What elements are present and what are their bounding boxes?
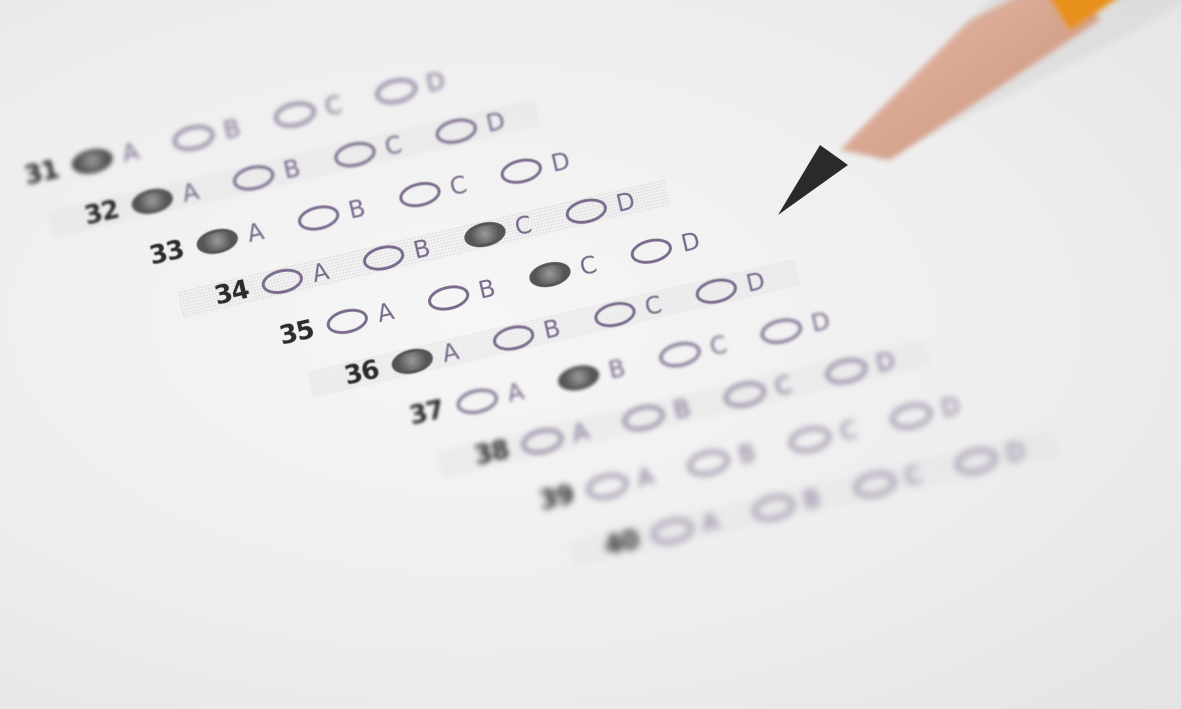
option-letter: B [281,151,317,185]
empty-bubble-icon[interactable] [953,445,999,478]
filled-bubble-icon[interactable] [462,218,508,251]
option-letter: B [411,231,447,265]
filled-bubble-icon[interactable] [555,362,601,395]
answer-option[interactable]: D [563,184,649,230]
option-letter: B [476,271,512,305]
option-letter: D [873,344,909,378]
empty-bubble-icon[interactable] [360,242,406,275]
question-number: 31 [0,155,62,200]
empty-bubble-icon[interactable] [722,378,768,411]
empty-bubble-icon[interactable] [454,385,500,418]
answer-option[interactable]: A [454,374,540,420]
option-letter: B [541,311,577,345]
empty-bubble-icon[interactable] [490,322,536,355]
empty-bubble-icon[interactable] [425,282,471,315]
answer-option[interactable]: B [230,151,316,197]
option-letter: C [382,127,418,161]
option-letter: A [244,214,280,248]
answer-option[interactable]: D [373,64,459,110]
answer-option[interactable]: B [360,231,446,277]
answer-option[interactable]: B [170,111,256,157]
answer-option[interactable]: A [519,414,605,460]
filled-bubble-icon[interactable] [69,145,115,178]
empty-bubble-icon[interactable] [433,115,479,148]
answer-option[interactable]: C [786,412,872,458]
answer-option[interactable]: C [396,167,482,213]
answer-option[interactable]: D [888,389,974,435]
empty-bubble-icon[interactable] [758,315,804,348]
question-number: 35 [242,315,317,360]
option-letter: C [512,207,548,241]
option-letter: D [423,64,459,98]
answer-option[interactable]: B [490,311,576,357]
answer-option[interactable]: B [425,271,511,317]
question-number: 38 [437,435,512,480]
empty-bubble-icon[interactable] [373,75,419,108]
option-letter: C [322,87,358,121]
answer-option[interactable]: A [129,174,215,220]
answer-option[interactable]: B [555,351,641,397]
answer-option[interactable]: D [823,344,909,390]
option-letter: A [504,374,540,408]
empty-bubble-icon[interactable] [498,155,544,188]
option-letter: D [743,264,779,298]
answer-option[interactable]: C [271,87,357,133]
filled-bubble-icon[interactable] [389,345,435,378]
answer-option[interactable]: A [194,214,280,260]
option-letter: A [119,134,155,168]
empty-bubble-icon[interactable] [295,202,341,235]
option-letter: B [606,351,642,385]
question-number: 36 [307,355,382,400]
answer-option[interactable]: D [628,224,714,270]
question-number: 37 [372,395,447,440]
answer-option[interactable]: A [324,294,410,340]
answer-option[interactable]: B [685,436,771,482]
filled-bubble-icon[interactable] [194,225,240,258]
option-letter: C [642,287,678,321]
question-number: 40 [567,525,642,570]
option-letter: C [837,412,873,446]
answer-option[interactable]: A [389,334,475,380]
empty-bubble-icon[interactable] [693,275,739,308]
option-letter: C [447,167,483,201]
empty-bubble-icon[interactable] [685,447,731,480]
empty-bubble-icon[interactable] [750,492,796,525]
empty-bubble-icon[interactable] [170,122,216,155]
empty-bubble-icon[interactable] [852,468,898,501]
option-letter: A [309,254,345,288]
answer-option[interactable]: B [620,391,706,437]
answer-option[interactable]: D [953,434,1039,480]
option-letter: B [736,436,772,470]
empty-bubble-icon[interactable] [823,355,869,388]
answer-option[interactable]: C [591,287,677,333]
option-letter: D [1003,434,1039,468]
option-letter: D [483,104,519,138]
empty-bubble-icon[interactable] [787,423,833,456]
option-letter: A [634,459,670,493]
empty-bubble-icon[interactable] [657,338,703,371]
option-letter: A [569,414,605,448]
pencil-icon [770,0,1181,220]
empty-bubble-icon[interactable] [230,162,276,195]
option-letter: A [699,504,735,538]
answer-option[interactable]: C [851,457,937,503]
option-letter: C [577,247,613,281]
empty-bubble-icon[interactable] [397,178,443,211]
option-letter: C [707,327,743,361]
empty-bubble-icon[interactable] [563,195,609,228]
option-letter: A [179,174,215,208]
question-number: 39 [502,480,577,525]
answer-option[interactable]: D [758,304,844,350]
empty-bubble-icon[interactable] [649,515,695,548]
answer-option[interactable]: C [721,367,807,413]
answer-option[interactable]: A [259,254,345,300]
answer-option[interactable]: D [693,264,779,310]
answer-option[interactable]: B [750,481,836,527]
answer-option[interactable]: D [433,104,519,150]
option-letter: D [613,184,649,218]
option-letter: C [772,367,808,401]
empty-bubble-icon[interactable] [332,138,378,171]
option-letter: D [808,304,844,338]
option-letter: B [346,191,382,225]
answer-option[interactable]: C [331,127,417,173]
empty-bubble-icon[interactable] [519,425,565,458]
empty-bubble-icon[interactable] [592,298,638,331]
option-letter: A [439,334,475,368]
option-letter: D [938,389,974,423]
answer-option[interactable]: A [69,134,155,180]
question-number: 33 [112,235,187,280]
answer-option[interactable]: A [649,504,735,550]
filled-bubble-icon[interactable] [527,258,573,291]
question-number: 32 [47,195,122,240]
option-letter: D [548,144,584,178]
answer-option[interactable]: B [295,191,381,237]
answer-option[interactable]: C [461,207,547,253]
answer-option[interactable]: C [656,327,742,373]
empty-bubble-icon[interactable] [628,235,674,268]
empty-bubble-icon[interactable] [259,265,305,298]
option-letter: B [221,111,257,145]
option-letter: B [801,481,837,515]
answer-option[interactable]: C [526,247,612,293]
option-letter: B [671,391,707,425]
empty-bubble-icon[interactable] [620,402,666,435]
question-number: 34 [177,275,252,320]
empty-bubble-icon[interactable] [584,470,630,503]
filled-bubble-icon[interactable] [129,185,175,218]
empty-bubble-icon[interactable] [272,98,318,131]
answer-option[interactable]: A [584,459,670,505]
option-letter: D [678,224,714,258]
option-letter: A [374,294,410,328]
empty-bubble-icon[interactable] [324,305,370,338]
answer-option[interactable]: D [498,144,584,190]
empty-bubble-icon[interactable] [888,400,934,433]
option-letter: C [902,457,938,491]
